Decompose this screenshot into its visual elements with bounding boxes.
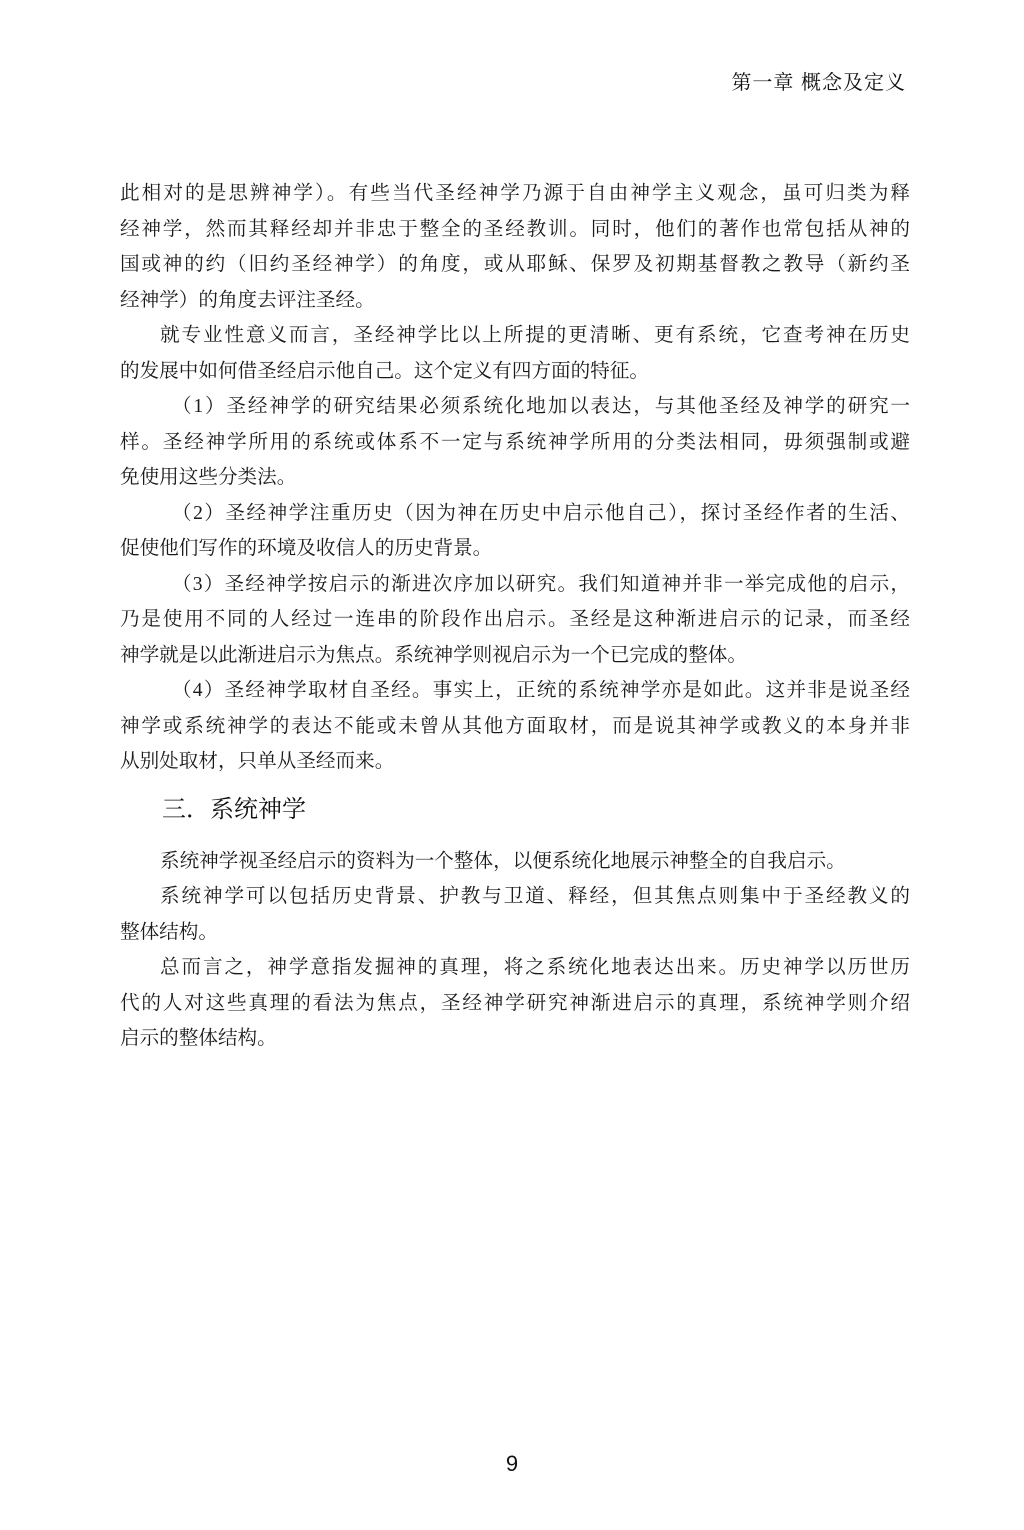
running-header-chapter-title: 第一章 概念及定义 [731, 66, 906, 95]
text-line: 的发展中如何借圣经启示他自己。这个定义有四方面的特征。 [120, 354, 910, 390]
text-line: 系统神学可以包括历史背景、护教与卫道、释经，但其焦点则集中于圣经教义的 [120, 879, 910, 915]
paragraph-systematic-scope: 系统神学可以包括历史背景、护教与卫道、释经，但其焦点则集中于圣经教义的 整体结构… [120, 879, 910, 950]
text-line: 神学或系统神学的表达不能或未曾从其他方面取材，而是说其神学或教义的本身并非 [120, 709, 910, 745]
text-line: 整体结构。 [120, 915, 910, 951]
paragraph-feature-4: （4）圣经神学取材自圣经。事实上，正统的系统神学亦是如此。这并非是说圣经 神学或… [120, 673, 910, 780]
paragraph-systematic-definition: 系统神学视圣经启示的资料为一个整体，以便系统化地展示神整全的自我启示。 [120, 844, 910, 880]
text-line: 神学就是以此渐进启示为焦点。系统神学则视启示为一个已完成的整体。 [120, 638, 910, 674]
text-line: （4）圣经神学取材自圣经。事实上，正统的系统神学亦是如此。这并非是说圣经 [120, 673, 910, 709]
paragraph-definition: 就专业性意义而言，圣经神学比以上所提的更清晰、更有系统，它查考神在历史 的发展中… [120, 318, 910, 389]
text-line: 样。圣经神学所用的系统或体系不一定与系统神学所用的分类法相同，毋须强制或避 [120, 425, 910, 461]
text-line: 乃是使用不同的人经过一连串的阶段作出启示。圣经是这种渐进启示的记录，而圣经 [120, 602, 910, 638]
text-line: 促使他们写作的环境及收信人的历史背景。 [120, 531, 910, 567]
text-line: 经神学）的角度去评注圣经。 [120, 283, 910, 319]
text-line: 启示的整体结构。 [120, 1021, 910, 1057]
page-body: 此相对的是思辨神学）。有些当代圣经神学乃源于自由神学主义观念，虽可归类为释 经神… [120, 176, 910, 1057]
text-line: （1）圣经神学的研究结果必须系统化地加以表达，与其他圣经及神学的研究一 [120, 389, 910, 425]
page-number: 9 [0, 1451, 1024, 1477]
text-line: 代的人对这些真理的看法为焦点，圣经神学研究神渐进启示的真理，系统神学则介绍 [120, 986, 910, 1022]
section-heading: 三．系统神学 [120, 790, 910, 830]
text-line: （3）圣经神学按启示的渐进次序加以研究。我们知道神并非一举完成他的启示， [120, 567, 910, 603]
paragraph-feature-2: （2）圣经神学注重历史（因为神在历史中启示他自己），探讨圣经作者的生活、 促使他… [120, 496, 910, 567]
paragraph-summary: 总而言之，神学意指发掘神的真理，将之系统化地表达出来。历史神学以历世历 代的人对… [120, 950, 910, 1057]
paragraph-feature-1: （1）圣经神学的研究结果必须系统化地加以表达，与其他圣经及神学的研究一 样。圣经… [120, 389, 910, 496]
text-line: 此相对的是思辨神学）。有些当代圣经神学乃源于自由神学主义观念，虽可归类为释 [120, 176, 910, 212]
text-line: 从别处取材，只单从圣经而来。 [120, 744, 910, 780]
text-line: 系统神学视圣经启示的资料为一个整体，以便系统化地展示神整全的自我启示。 [120, 844, 910, 880]
text-line: （2）圣经神学注重历史（因为神在历史中启示他自己），探讨圣经作者的生活、 [120, 496, 910, 532]
paragraph-feature-3: （3）圣经神学按启示的渐进次序加以研究。我们知道神并非一举完成他的启示， 乃是使… [120, 567, 910, 674]
text-line: 经神学，然而其释经却并非忠于整全的圣经教训。同时，他们的著作也常包括从神的 [120, 212, 910, 248]
text-line: 国或神的约（旧约圣经神学）的角度，或从耶稣、保罗及初期基督教之教导（新约圣 [120, 247, 910, 283]
text-line: 就专业性意义而言，圣经神学比以上所提的更清晰、更有系统，它查考神在历史 [120, 318, 910, 354]
paragraph-continuation: 此相对的是思辨神学）。有些当代圣经神学乃源于自由神学主义观念，虽可归类为释 经神… [120, 176, 910, 318]
text-line: 免使用这些分类法。 [120, 460, 910, 496]
text-line: 总而言之，神学意指发掘神的真理，将之系统化地表达出来。历史神学以历世历 [120, 950, 910, 986]
